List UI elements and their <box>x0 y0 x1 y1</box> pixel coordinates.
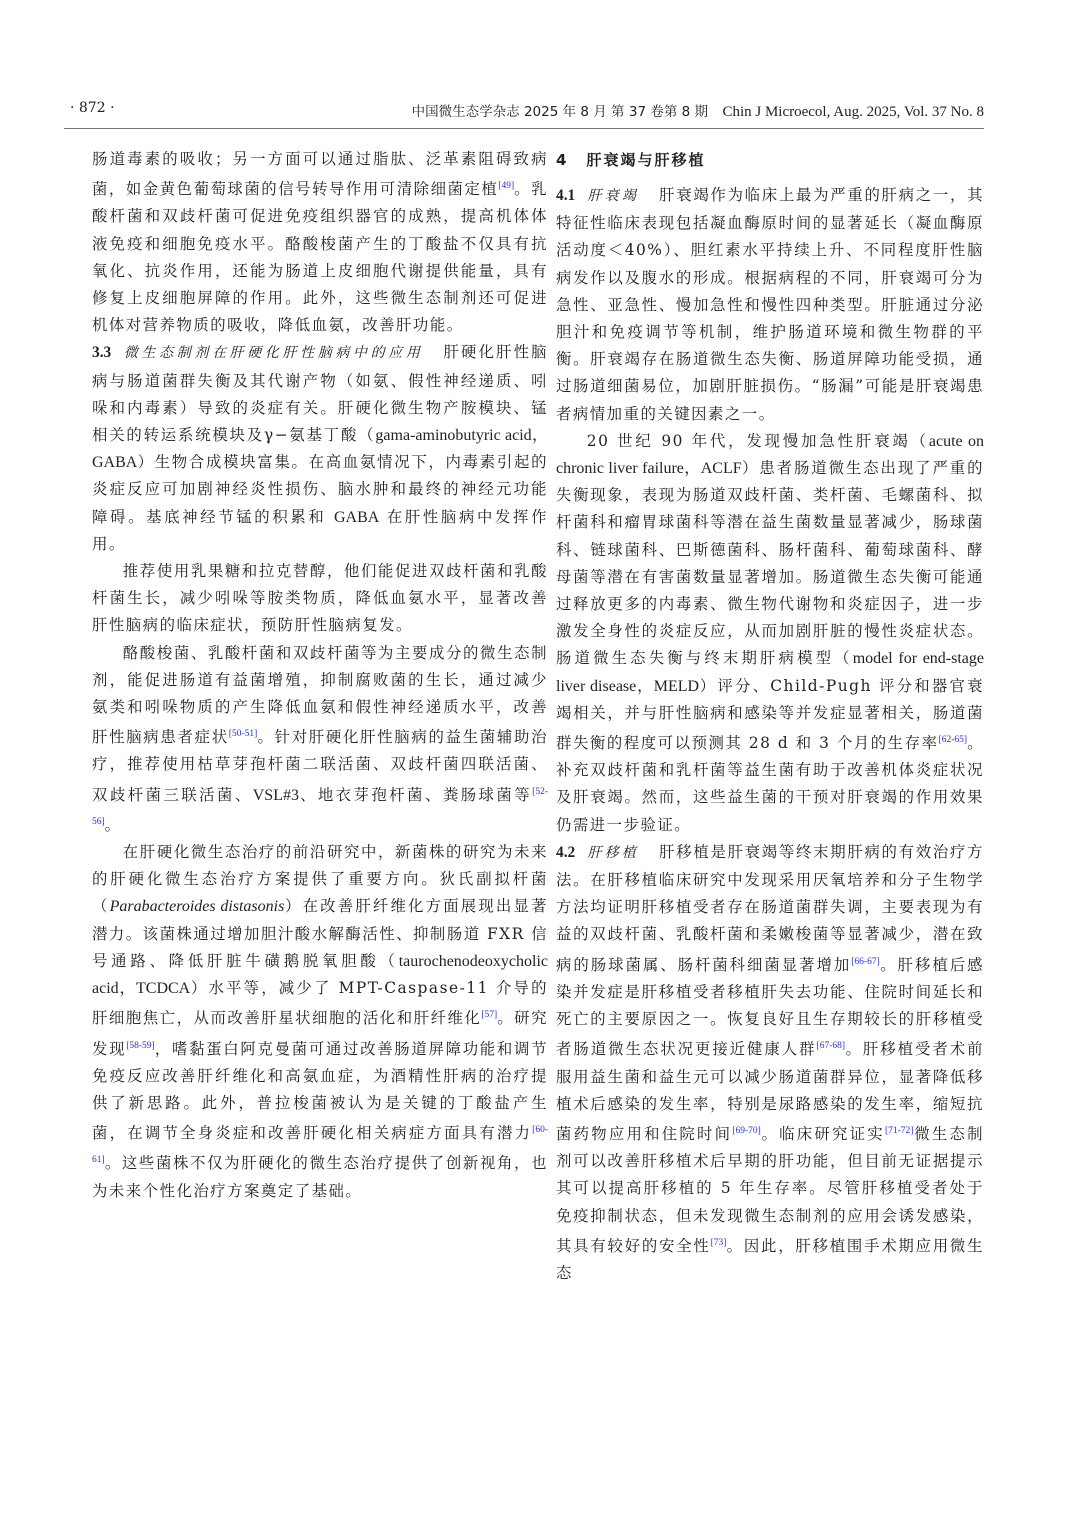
paragraph: 酪酸梭菌、乳酸杆菌和双歧杆菌等为主要成分的微生态制剂，能促进肠道有益菌增殖，抑制… <box>92 640 548 839</box>
paragraph: 肠道毒素的吸收；另一方面可以通过脂肽、泛革素阻碍致病菌，如金黄色葡萄球菌的信号转… <box>92 146 548 339</box>
text: 。乳酸杆菌和双歧杆菌可促进免疫组织器官的成熟，提高机体体液免疫和细胞免疫水平。酪… <box>92 180 548 334</box>
citation-link[interactable]: [49] <box>498 181 514 191</box>
journal-title-en: Chin J Microecol, Aug. 2025, Vol. 37 No.… <box>722 104 984 120</box>
right-column: 4肝衰竭与肝移植 4.1肝衰竭肝衰竭作为临床上最为严重的肝病之一，其特征性临床表… <box>556 146 984 1287</box>
subsection-4-1: 4.1肝衰竭肝衰竭作为临床上最为严重的肝病之一，其特征性临床表现包括凝血酶原时间… <box>556 182 984 428</box>
text: VSL#3 <box>253 787 299 804</box>
citation-link[interactable]: [71-72] <box>885 1126 914 1136</box>
text: 。临床研究证实 <box>761 1125 885 1143</box>
text: 肝移植是肝衰竭等终末期肝病的有效治疗方法。在肝移植临床研究中发现采用厌氧培养和分… <box>556 843 984 974</box>
text: ，嗜黏蛋白阿克曼菌可通过改善肠道屏障功能和调节免疫反应改善肝纤维化和高氨血症，为… <box>92 1040 548 1143</box>
page-number: · 872 · <box>70 100 115 116</box>
running-header: · 872 · 中国微生态学杂志 2025 年 8 月 第 37 卷第 8 期 … <box>64 96 984 130</box>
paragraph: 推荐使用乳果糖和拉克替醇，他们能促进双歧杆菌和乳酸杆菌生长，减少吲哚等胺类物质，… <box>92 558 548 640</box>
subsection-4-2: 4.2肝移植肝移植是肝衰竭等终末期肝病的有效治疗方法。在肝移植临床研究中发现采用… <box>556 839 984 1287</box>
section-title: 肝衰竭 <box>587 188 639 204</box>
citation-link[interactable]: [50-51] <box>229 729 258 739</box>
species-name: Parabacteroides distasonis <box>110 898 285 915</box>
text: 肠道毒素的吸收；另一方面可以通过脂肽、泛革素阻碍致病菌，如金黄色葡萄球菌的信号转… <box>92 150 548 198</box>
citation-link[interactable]: [69-70] <box>732 1126 761 1136</box>
section-title: 肝移植 <box>587 845 639 861</box>
header-rule <box>64 128 984 129</box>
section-number: 4.1 <box>556 187 575 204</box>
left-column: 肠道毒素的吸收；另一方面可以通过脂肽、泛革素阻碍致病菌，如金黄色葡萄球菌的信号转… <box>92 146 548 1205</box>
citation-link[interactable]: [57] <box>481 1010 497 1020</box>
section-title: 微生态制剂在肝硬化肝性脑病中的应用 <box>123 345 423 361</box>
journal-info: 中国微生态学杂志 2025 年 8 月 第 37 卷第 8 期 Chin J M… <box>412 100 984 121</box>
section-number: 3.3 <box>92 344 111 361</box>
text: 肝衰竭作为临床上最为严重的肝病之一，其特征性临床表现包括凝血酶原时间的显著延长（… <box>556 186 984 423</box>
text: 。这些菌株不仅为肝硬化的微生态治疗提供了创新视角，也为未来个性化治疗方案奠定了基… <box>92 1154 548 1199</box>
citation-link[interactable]: [58-59] <box>126 1041 155 1051</box>
section-heading-4: 4肝衰竭与肝移植 <box>556 146 984 174</box>
citation-link[interactable]: [67-68] <box>817 1041 846 1051</box>
paragraph: 20 世纪 90 年代，发现慢加急性肝衰竭（acute on chronic l… <box>556 428 984 839</box>
text: GABA <box>334 509 379 526</box>
section-number: 4.2 <box>556 844 575 861</box>
citation-link[interactable]: [62-65] <box>939 735 968 745</box>
text: ）患者肠道微生态出现了严重的失衡现象，表现为肠道双歧杆菌、类杆菌、毛螺菌科、拟杆… <box>556 459 984 667</box>
paragraph: 在肝硬化微生态治疗的前沿研究中，新菌株的研究为未来的肝硬化微生态治疗方案提供了重… <box>92 839 548 1205</box>
citation-link[interactable]: [66-67] <box>851 957 880 967</box>
subsection-3-3: 3.3微生态制剂在肝硬化肝性脑病中的应用肝硬化肝性脑病与肠道菌群失衡及其代谢产物… <box>92 339 548 558</box>
section-title: 肝衰竭与肝移植 <box>586 151 705 169</box>
text: 微生态制剂可以改善肝移植术后早期的肝功能，但目前无证据提示其可以提高肝移植的 5… <box>556 1125 984 1255</box>
text: 、地衣芽孢杆菌、粪肠球菌等 <box>299 786 532 804</box>
text: 20 世纪 90 年代，发现慢加急性肝衰竭（ <box>587 432 929 450</box>
section-number: 4 <box>556 151 568 169</box>
citation-link[interactable]: [73] <box>711 1238 727 1248</box>
journal-title-cn: 中国微生态学杂志 2025 年 8 月 第 37 卷第 8 期 <box>412 104 708 120</box>
text: 。 <box>105 816 122 834</box>
